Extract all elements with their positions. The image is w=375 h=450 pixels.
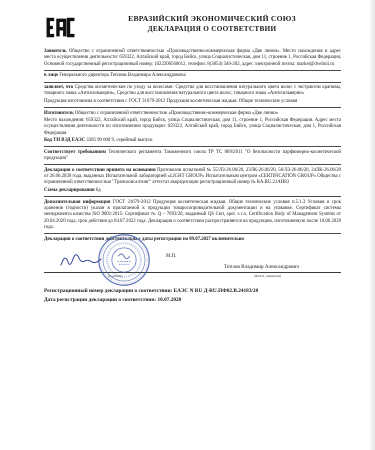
signature-block: М.П. Теплов Владимир Александрович <box>44 247 341 273</box>
registration-date-value: 10.07.2020 <box>157 297 181 303</box>
compliance-paragraph: Соответствует требованиям Технического р… <box>44 150 341 166</box>
compliance-label: Соответствует требованиям <box>44 150 106 155</box>
signatory-name: Теплов Владимир Александрович <box>224 264 299 270</box>
scheme-value: 6д <box>96 188 101 193</box>
tnved-code: 3305 90 000 9, серийный выпуск <box>86 138 152 143</box>
page-edge-shadow <box>370 0 375 450</box>
applicant-text: Общество с ограниченной ответственностью… <box>44 49 341 67</box>
representative-line: в лице Генерального директора Теплова Вл… <box>44 73 341 82</box>
registration-number-label: Регистрационный номер декларации о соотв… <box>44 288 172 294</box>
scheme-label: Схема декларирования <box>44 188 95 193</box>
basis-paragraph: Декларация о соответствии принята на осн… <box>44 168 341 197</box>
declares-text: Средства косметические по уходу за волос… <box>44 85 341 96</box>
manufacturer-name: Общество с ограниченной ответственностью… <box>75 111 278 116</box>
representative-text: Генерального директора Теплова Владимира… <box>59 73 185 78</box>
representative-label: в лице <box>44 73 58 78</box>
declaration-document: ЕВРАЗИЙСКИЙ ЭКОНОМИЧЕСКИЙ СОЮЗ ДЕКЛАРАЦИ… <box>0 0 375 450</box>
document-header: ЕВРАЗИЙСКИЙ ЭКОНОМИЧЕСКИЙ СОЮЗ ДЕКЛАРАЦИ… <box>44 12 341 42</box>
tnved-line: Код ТН ВЭД ЕАЭС 3305 90 000 9, серийный … <box>44 138 341 144</box>
title-block: ЕВРАЗИЙСКИЙ ЭКОНОМИЧЕСКИЙ СОЮЗ ДЕКЛАРАЦИ… <box>77 12 341 34</box>
signatory-name-note: (Ф.И.О. заявителя) <box>254 274 281 278</box>
document-title: ДЕКЛАРАЦИЯ О СООТВЕТСТВИИ <box>83 24 341 34</box>
stamp-place-label: М.П. <box>166 254 176 259</box>
manufacturer-label: Изготовитель <box>44 111 74 116</box>
document-content: ЕВРАЗИЙСКИЙ ЭКОНОМИЧЕСКИЙ СОЮЗ ДЕКЛАРАЦИ… <box>44 12 341 306</box>
union-title: ЕВРАЗИЙСКИЙ ЭКОНОМИЧЕСКИЙ СОЮЗ <box>83 13 341 24</box>
signature-notes: (подпись) (Ф.И.О. заявителя) <box>44 273 341 278</box>
registration-date-line: Дата регистрации декларации о соответств… <box>44 296 341 306</box>
registration-number-line: Регистрационный номер декларации о соотв… <box>44 287 341 297</box>
basis-label: Декларация о соответствии принята на осн… <box>44 168 156 173</box>
additional-info-paragraph: Дополнительная информация ГОСТ 31679-201… <box>44 200 341 235</box>
additional-info-label: Дополнительная информация <box>44 200 110 205</box>
applicant-label: Заявитель <box>44 49 67 54</box>
tnved-label: Код ТН ВЭД ЕАЭС <box>44 138 85 143</box>
manufacturer-address: Место нахождения: 659322, Алтайский край… <box>44 118 341 137</box>
scheme-line: Схема декларирования 6д <box>44 188 341 194</box>
registration-footer: Регистрационный номер декларации о соотв… <box>44 287 341 306</box>
declares-label: заявляет, что <box>44 85 73 90</box>
company-stamp-icon <box>96 232 152 288</box>
validity-line: Декларация о соответствии действительна … <box>44 237 341 244</box>
declaration-subject-paragraph: заявляет, что Средства косметические по … <box>44 85 341 108</box>
eac-logo-icon <box>44 13 77 42</box>
registration-date-label: Дата регистрации декларации о соответств… <box>44 297 156 303</box>
applicant-paragraph: Заявитель Общество с ограниченной ответс… <box>44 49 341 71</box>
manufacturer-paragraph: Изготовитель Общество с ограниченной отв… <box>44 111 341 148</box>
production-standard-text: Продукция изготовлена в соответствии с Г… <box>44 99 341 105</box>
registration-number-value: ЕАЭС N RU Д-RU.ПФ02.В.24183/20 <box>174 288 259 294</box>
